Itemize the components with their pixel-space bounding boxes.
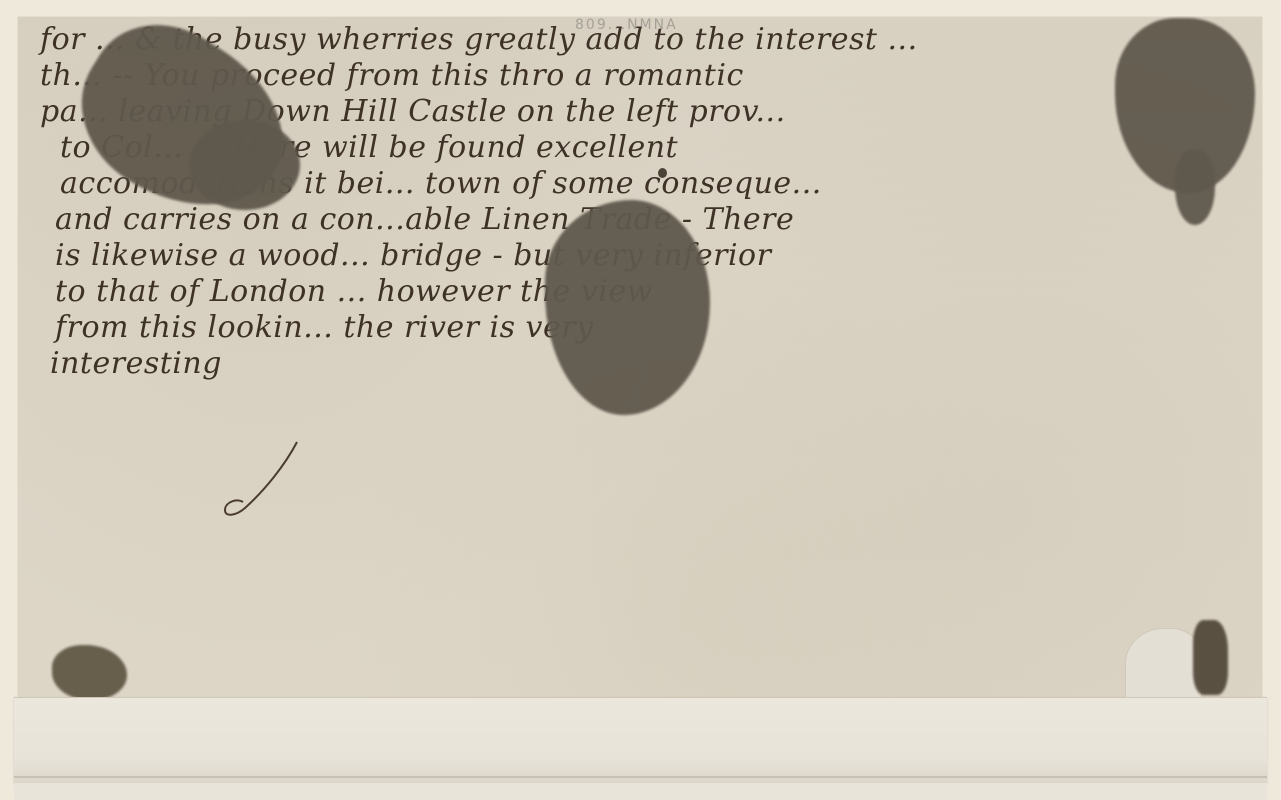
ink-blot	[190, 120, 300, 210]
ink-blot	[1175, 150, 1215, 225]
ink-blot	[1193, 620, 1228, 695]
pen-flourish-icon	[215, 440, 305, 520]
worn-paper-patch	[1125, 628, 1202, 699]
mount-hinge-strip	[14, 697, 1267, 784]
ink-speck	[658, 168, 667, 178]
mount-lower-edge	[14, 783, 1267, 800]
